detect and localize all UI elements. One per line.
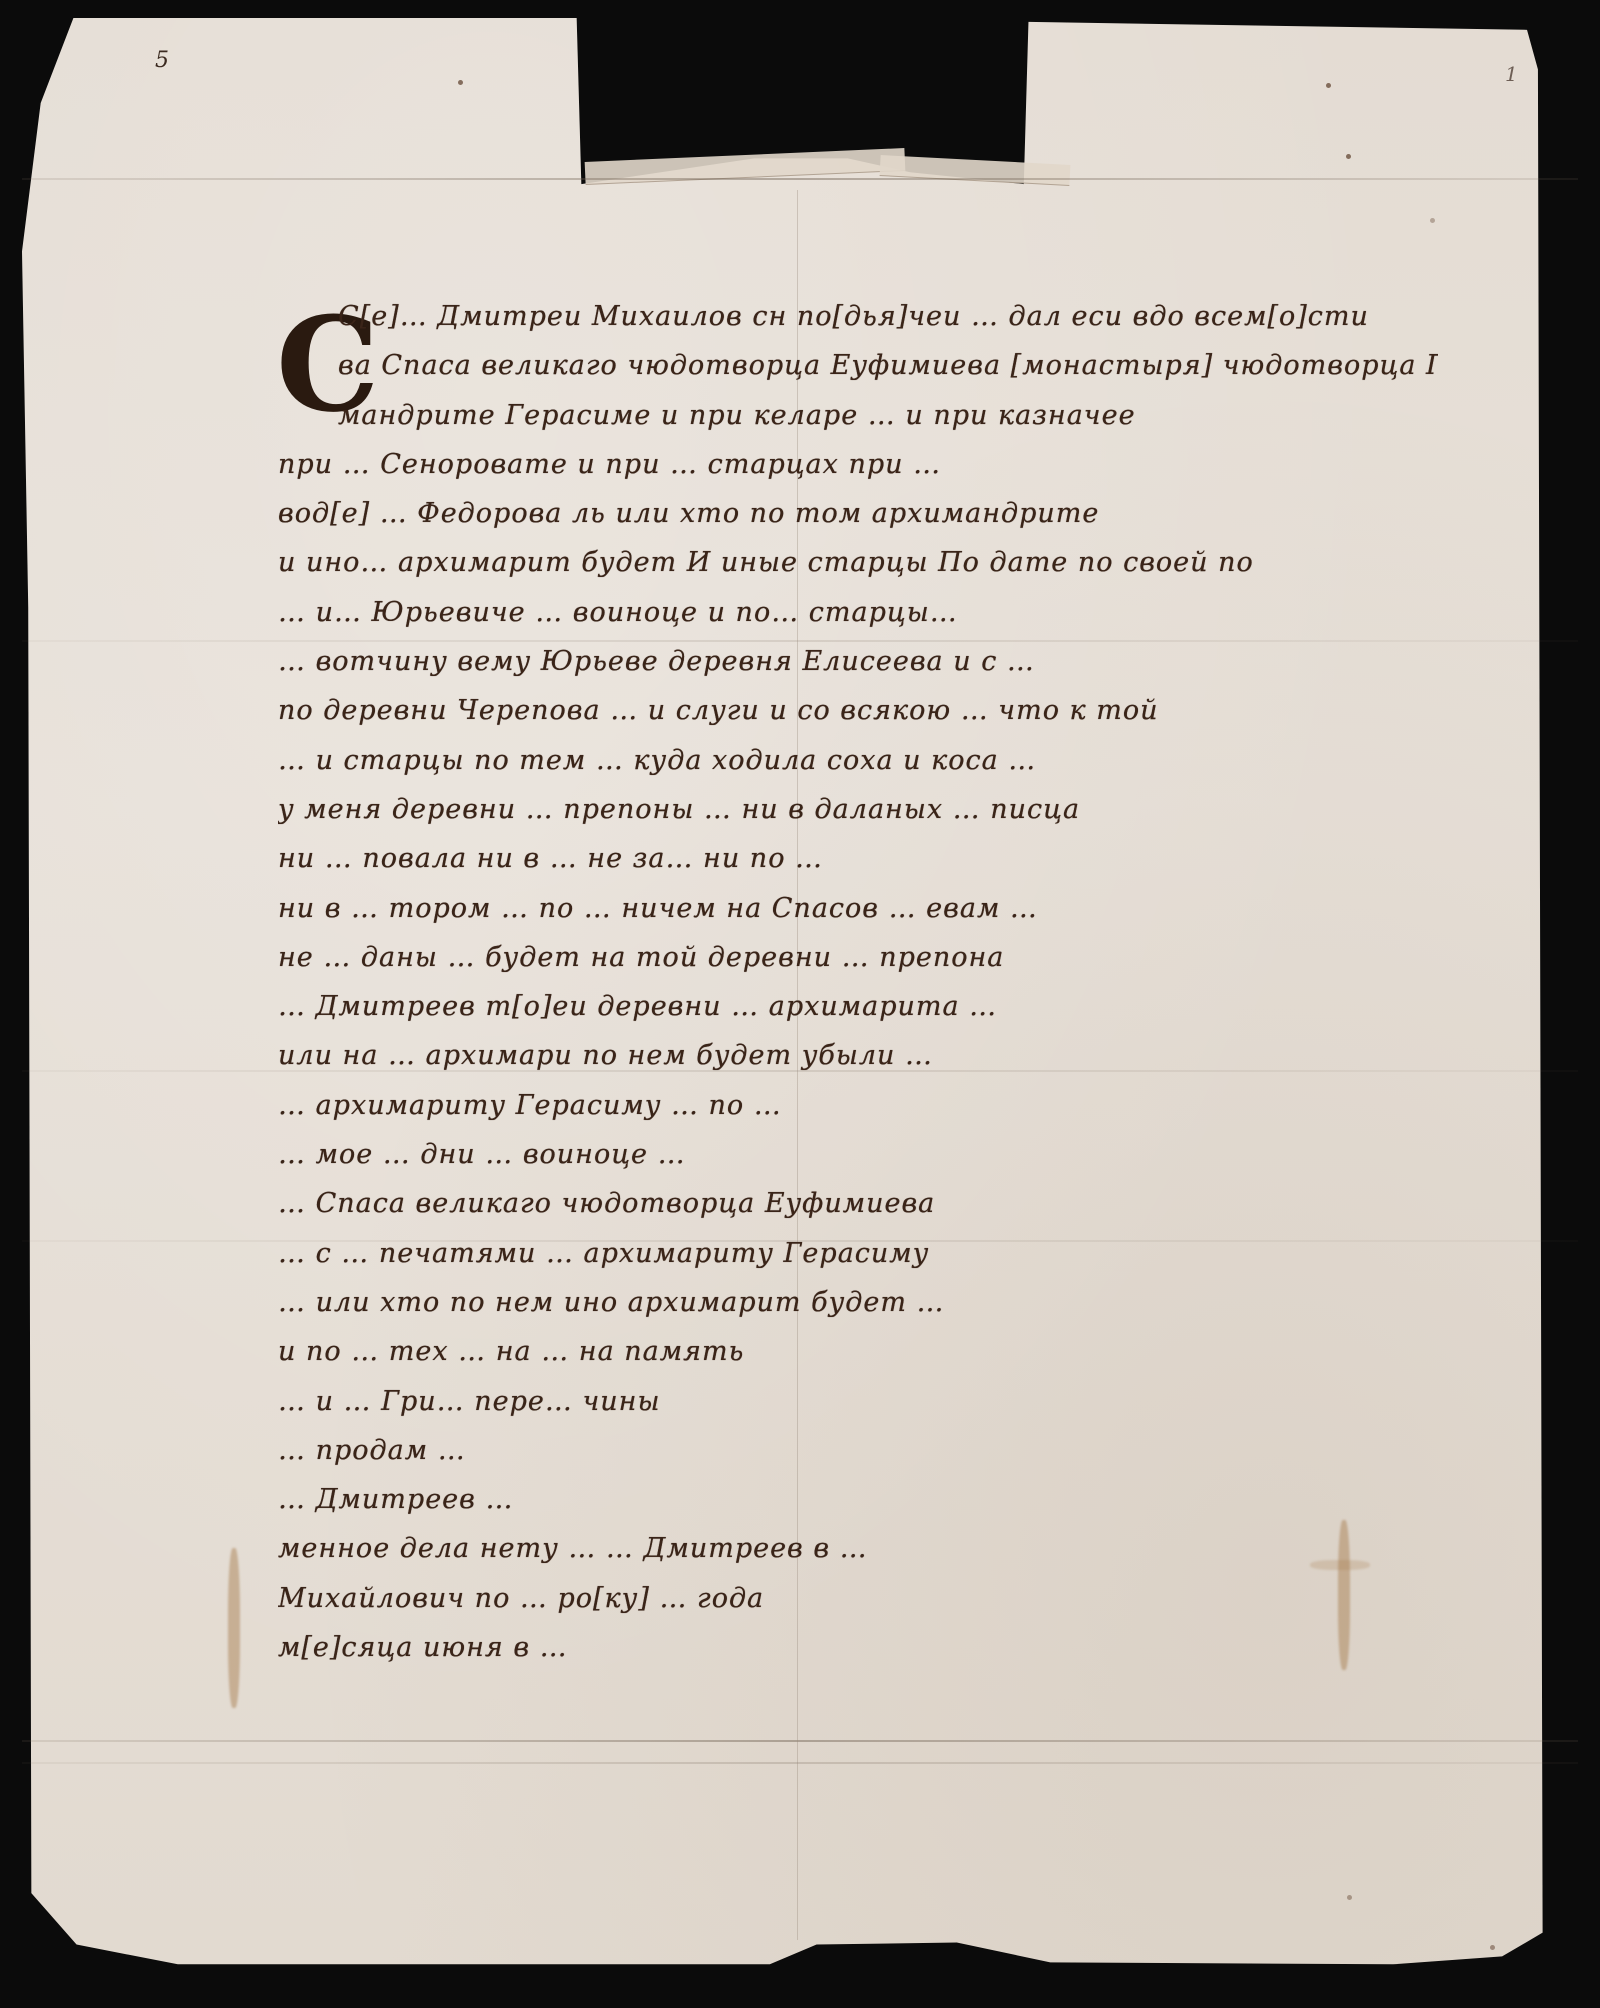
text-line: … вотчину вему Юрьеве деревня Елисеева и… (278, 637, 1438, 686)
text-line: у меня деревни … препоны … ни в даланых … (278, 785, 1438, 834)
text-line: … продам … (278, 1426, 1438, 1475)
text-line: … Дмитреев … (278, 1475, 1438, 1524)
text-line: ни в … тором … по … ничем на Спасов … ев… (278, 884, 1438, 933)
ink-speck (1430, 218, 1435, 223)
text-line: С[е]… Дмитреи Михаилов сн по[дья]чеи … д… (278, 292, 1438, 341)
ink-speck (1346, 154, 1351, 159)
fold-line (22, 1762, 1578, 1764)
fold-line (22, 178, 1578, 180)
text-line: по деревни Черепова … и слуги и со всяко… (278, 686, 1438, 735)
text-line: ни … повала ни в … не за… ни по … (278, 834, 1438, 883)
text-line: Михайлович по … ро[ку] … года (278, 1574, 1438, 1623)
text-line: … и старцы по тем … куда ходила соха и к… (278, 736, 1438, 785)
text-line: при … Сеноровате и при … старцах при … (278, 440, 1438, 489)
text-line: или на … архимари по нем будет убыли … (278, 1031, 1438, 1080)
ink-speck (458, 80, 463, 85)
text-line: … Спаса великаго чюдотворца Еуфимиева (278, 1179, 1438, 1228)
ink-speck (1490, 1945, 1495, 1950)
text-line: вод[е] … Федорова ль или хто по том архи… (278, 489, 1438, 538)
fold-line (22, 1740, 1578, 1742)
text-line: мандрите Герасиме и при келаре … и при к… (278, 391, 1438, 440)
text-line: и по … тех … на … на память (278, 1327, 1438, 1376)
ink-speck (1326, 83, 1331, 88)
text-line: не … даны … будет на той деревни … препо… (278, 933, 1438, 982)
water-stain (228, 1548, 240, 1708)
folio-number-left: 5 (155, 48, 169, 73)
manuscript-text: С[е]… Дмитреи Михаилов сн по[дья]чеи … д… (278, 292, 1438, 1672)
ink-speck (1347, 1895, 1352, 1900)
text-line: … и … Гри… пере… чины (278, 1377, 1438, 1426)
text-line: менное дела нету … … Дмитреев в … (278, 1524, 1438, 1573)
text-line: … архимариту Герасиму … по … (278, 1081, 1438, 1130)
text-line: м[е]сяца июня в … (278, 1623, 1438, 1672)
text-line: … мое … дни … воиноце … (278, 1130, 1438, 1179)
folio-number-right: 1 (1505, 62, 1518, 86)
text-line: … и… Юрьевиче … воиноце и по… старцы… (278, 588, 1438, 637)
text-line: … с … печатями … архимариту Герасиму (278, 1229, 1438, 1278)
text-line: ва Спаса великаго чюдотворца Еуфимиева [… (278, 341, 1438, 390)
text-line: и ино… архимарит будет И иные старцы По … (278, 538, 1438, 587)
text-line: … Дмитреев т[о]еи деревни … архимарита … (278, 982, 1438, 1031)
text-line: … или хто по нем ино архимарит будет … (278, 1278, 1438, 1327)
